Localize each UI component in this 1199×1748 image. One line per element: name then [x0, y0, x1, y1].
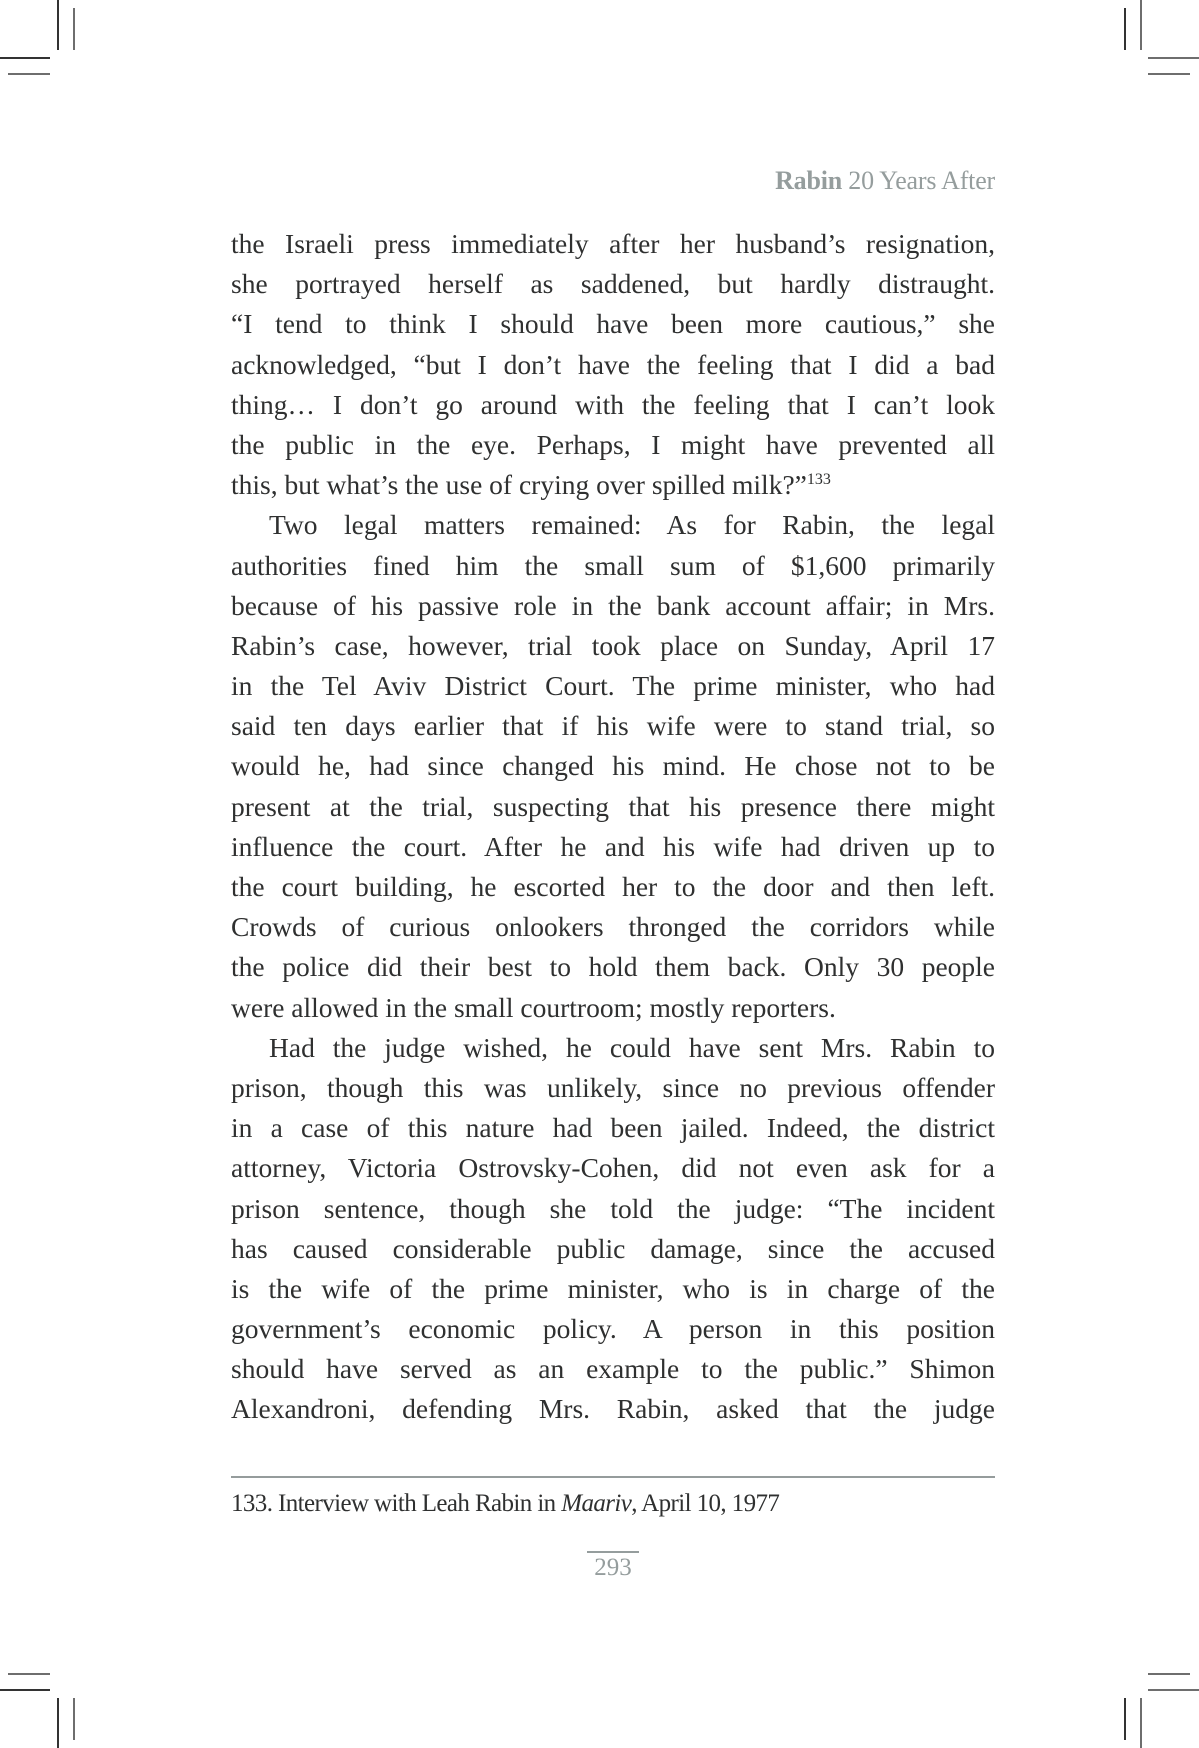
text-line-content: she portrayed herself as saddened, but h…: [231, 268, 995, 299]
crop-mark: [57, 0, 59, 50]
text-line-content: Crowds of curious onlookers thronged the…: [231, 911, 995, 942]
text-line-content: authorities fined him the small sum of $…: [231, 550, 995, 581]
footnote-source: Maariv: [561, 1490, 631, 1517]
text-line-content: should have served as an example to the …: [231, 1353, 995, 1384]
text-line: Alexandroni, defending Mrs. Rabin, asked…: [231, 1389, 995, 1429]
text-line-content: thing… I don’t go around with the feelin…: [231, 389, 995, 420]
crop-mark: [73, 1698, 75, 1740]
text-line-content: because of his passive role in the bank …: [231, 590, 995, 621]
text-line: government’s economic policy. A person i…: [231, 1309, 995, 1349]
text-line: would he, had since changed his mind. He…: [231, 746, 995, 786]
text-line: attorney, Victoria Ostrovsky-Cohen, did …: [231, 1148, 995, 1188]
text-line: Had the judge wished, he could have sent…: [231, 1028, 995, 1068]
text-line: Crowds of curious onlookers thronged the…: [231, 907, 995, 947]
crop-mark: [57, 1698, 59, 1748]
text-line: the court building, he escorted her to t…: [231, 867, 995, 907]
text-line: the public in the eye. Perhaps, I might …: [231, 425, 995, 465]
text-line: present at the trial, suspecting that hi…: [231, 787, 995, 827]
crop-mark: [1124, 8, 1126, 50]
text-line: is the wife of the prime minister, who i…: [231, 1269, 995, 1309]
text-line-content: acknowledged, “but I don’t have the feel…: [231, 349, 995, 380]
crop-mark: [1124, 1698, 1126, 1740]
text-line: Rabin’s case, however, trial took place …: [231, 626, 995, 666]
text-line-content: Rabin’s case, however, trial took place …: [231, 630, 995, 661]
text-line: thing… I don’t go around with the feelin…: [231, 385, 995, 425]
text-line-content: government’s economic policy. A person i…: [231, 1313, 995, 1344]
crop-mark: [1148, 73, 1190, 75]
text-line-content: said ten days earlier that if his wife w…: [231, 710, 995, 741]
crop-mark: [1140, 0, 1142, 50]
text-line-content: in a case of this nature had been jailed…: [231, 1112, 995, 1143]
page-number: 293: [587, 1551, 639, 1583]
text-line-content: “I tend to think I should have been more…: [231, 308, 995, 339]
text-line-content: this, but what’s the use of crying over …: [231, 469, 807, 500]
text-line-content: is the wife of the prime minister, who i…: [231, 1273, 995, 1304]
text-line: the police did their best to hold them b…: [231, 947, 995, 987]
text-line: Two legal matters remained: As for Rabin…: [231, 505, 995, 545]
text-line-content: attorney, Victoria Ostrovsky-Cohen, did …: [231, 1152, 995, 1183]
text-line: acknowledged, “but I don’t have the feel…: [231, 345, 995, 385]
crop-mark: [1148, 1673, 1190, 1675]
text-line-content: Had the judge wished, he could have sent…: [269, 1032, 995, 1063]
footnote-number: 133.: [231, 1490, 272, 1517]
crop-mark: [1148, 1689, 1199, 1691]
text-line-content: in the Tel Aviv District Court. The prim…: [231, 670, 995, 701]
text-line-content: the police did their best to hold them b…: [231, 951, 995, 982]
footnote-date: , April 10, 1977: [631, 1490, 779, 1517]
text-line: has caused considerable public damage, s…: [231, 1229, 995, 1269]
text-line: prison, though this was unlikely, since …: [231, 1068, 995, 1108]
text-line: in the Tel Aviv District Court. The prim…: [231, 666, 995, 706]
text-line: because of his passive role in the bank …: [231, 586, 995, 626]
text-line-content: prison, though this was unlikely, since …: [231, 1072, 995, 1103]
running-head-title: Rabin: [775, 166, 842, 195]
footnote: 133. Interview with Leah Rabin in Maariv…: [231, 1490, 779, 1518]
text-line: this, but what’s the use of crying over …: [231, 465, 995, 505]
text-line: influence the court. After he and his wi…: [231, 827, 995, 867]
running-head: Rabin 20 Years After: [775, 166, 995, 196]
text-line-content: the court building, he escorted her to t…: [231, 871, 995, 902]
text-line: she portrayed herself as saddened, but h…: [231, 264, 995, 304]
footnote-text: Interview with Leah Rabin in: [272, 1490, 561, 1517]
footnote-reference: 133: [807, 471, 831, 488]
text-line-content: were allowed in the small courtroom; mos…: [231, 992, 836, 1023]
text-line-content: influence the court. After he and his wi…: [231, 831, 995, 862]
crop-mark: [1148, 57, 1199, 59]
text-line-content: Two legal matters remained: As for Rabin…: [269, 509, 995, 540]
crop-mark: [0, 1689, 50, 1691]
crop-mark: [0, 57, 50, 59]
crop-mark: [8, 73, 50, 75]
text-line: the Israeli press immediately after her …: [231, 224, 995, 264]
text-line: should have served as an example to the …: [231, 1349, 995, 1389]
crop-mark: [8, 1673, 50, 1675]
text-line-content: has caused considerable public damage, s…: [231, 1233, 995, 1264]
text-line-content: the public in the eye. Perhaps, I might …: [231, 429, 995, 460]
text-line: authorities fined him the small sum of $…: [231, 546, 995, 586]
text-line-content: the Israeli press immediately after her …: [231, 228, 995, 259]
text-line-content: Alexandroni, defending Mrs. Rabin, asked…: [231, 1393, 995, 1424]
text-line-content: would he, had since changed his mind. He…: [231, 750, 995, 781]
text-line-content: prison sentence, though she told the jud…: [231, 1193, 995, 1224]
crop-mark: [73, 8, 75, 50]
footnote-rule: [231, 1476, 995, 1478]
book-page: Rabin 20 Years After the Israeli press i…: [0, 0, 1199, 1748]
text-line: “I tend to think I should have been more…: [231, 304, 995, 344]
text-line: prison sentence, though she told the jud…: [231, 1189, 995, 1229]
text-line: said ten days earlier that if his wife w…: [231, 706, 995, 746]
text-line-content: present at the trial, suspecting that hi…: [231, 791, 995, 822]
running-head-subtitle: 20 Years After: [842, 166, 995, 195]
body-text: the Israeli press immediately after her …: [231, 224, 995, 1430]
text-line: in a case of this nature had been jailed…: [231, 1108, 995, 1148]
crop-mark: [1140, 1698, 1142, 1748]
text-line: were allowed in the small courtroom; mos…: [231, 988, 995, 1028]
